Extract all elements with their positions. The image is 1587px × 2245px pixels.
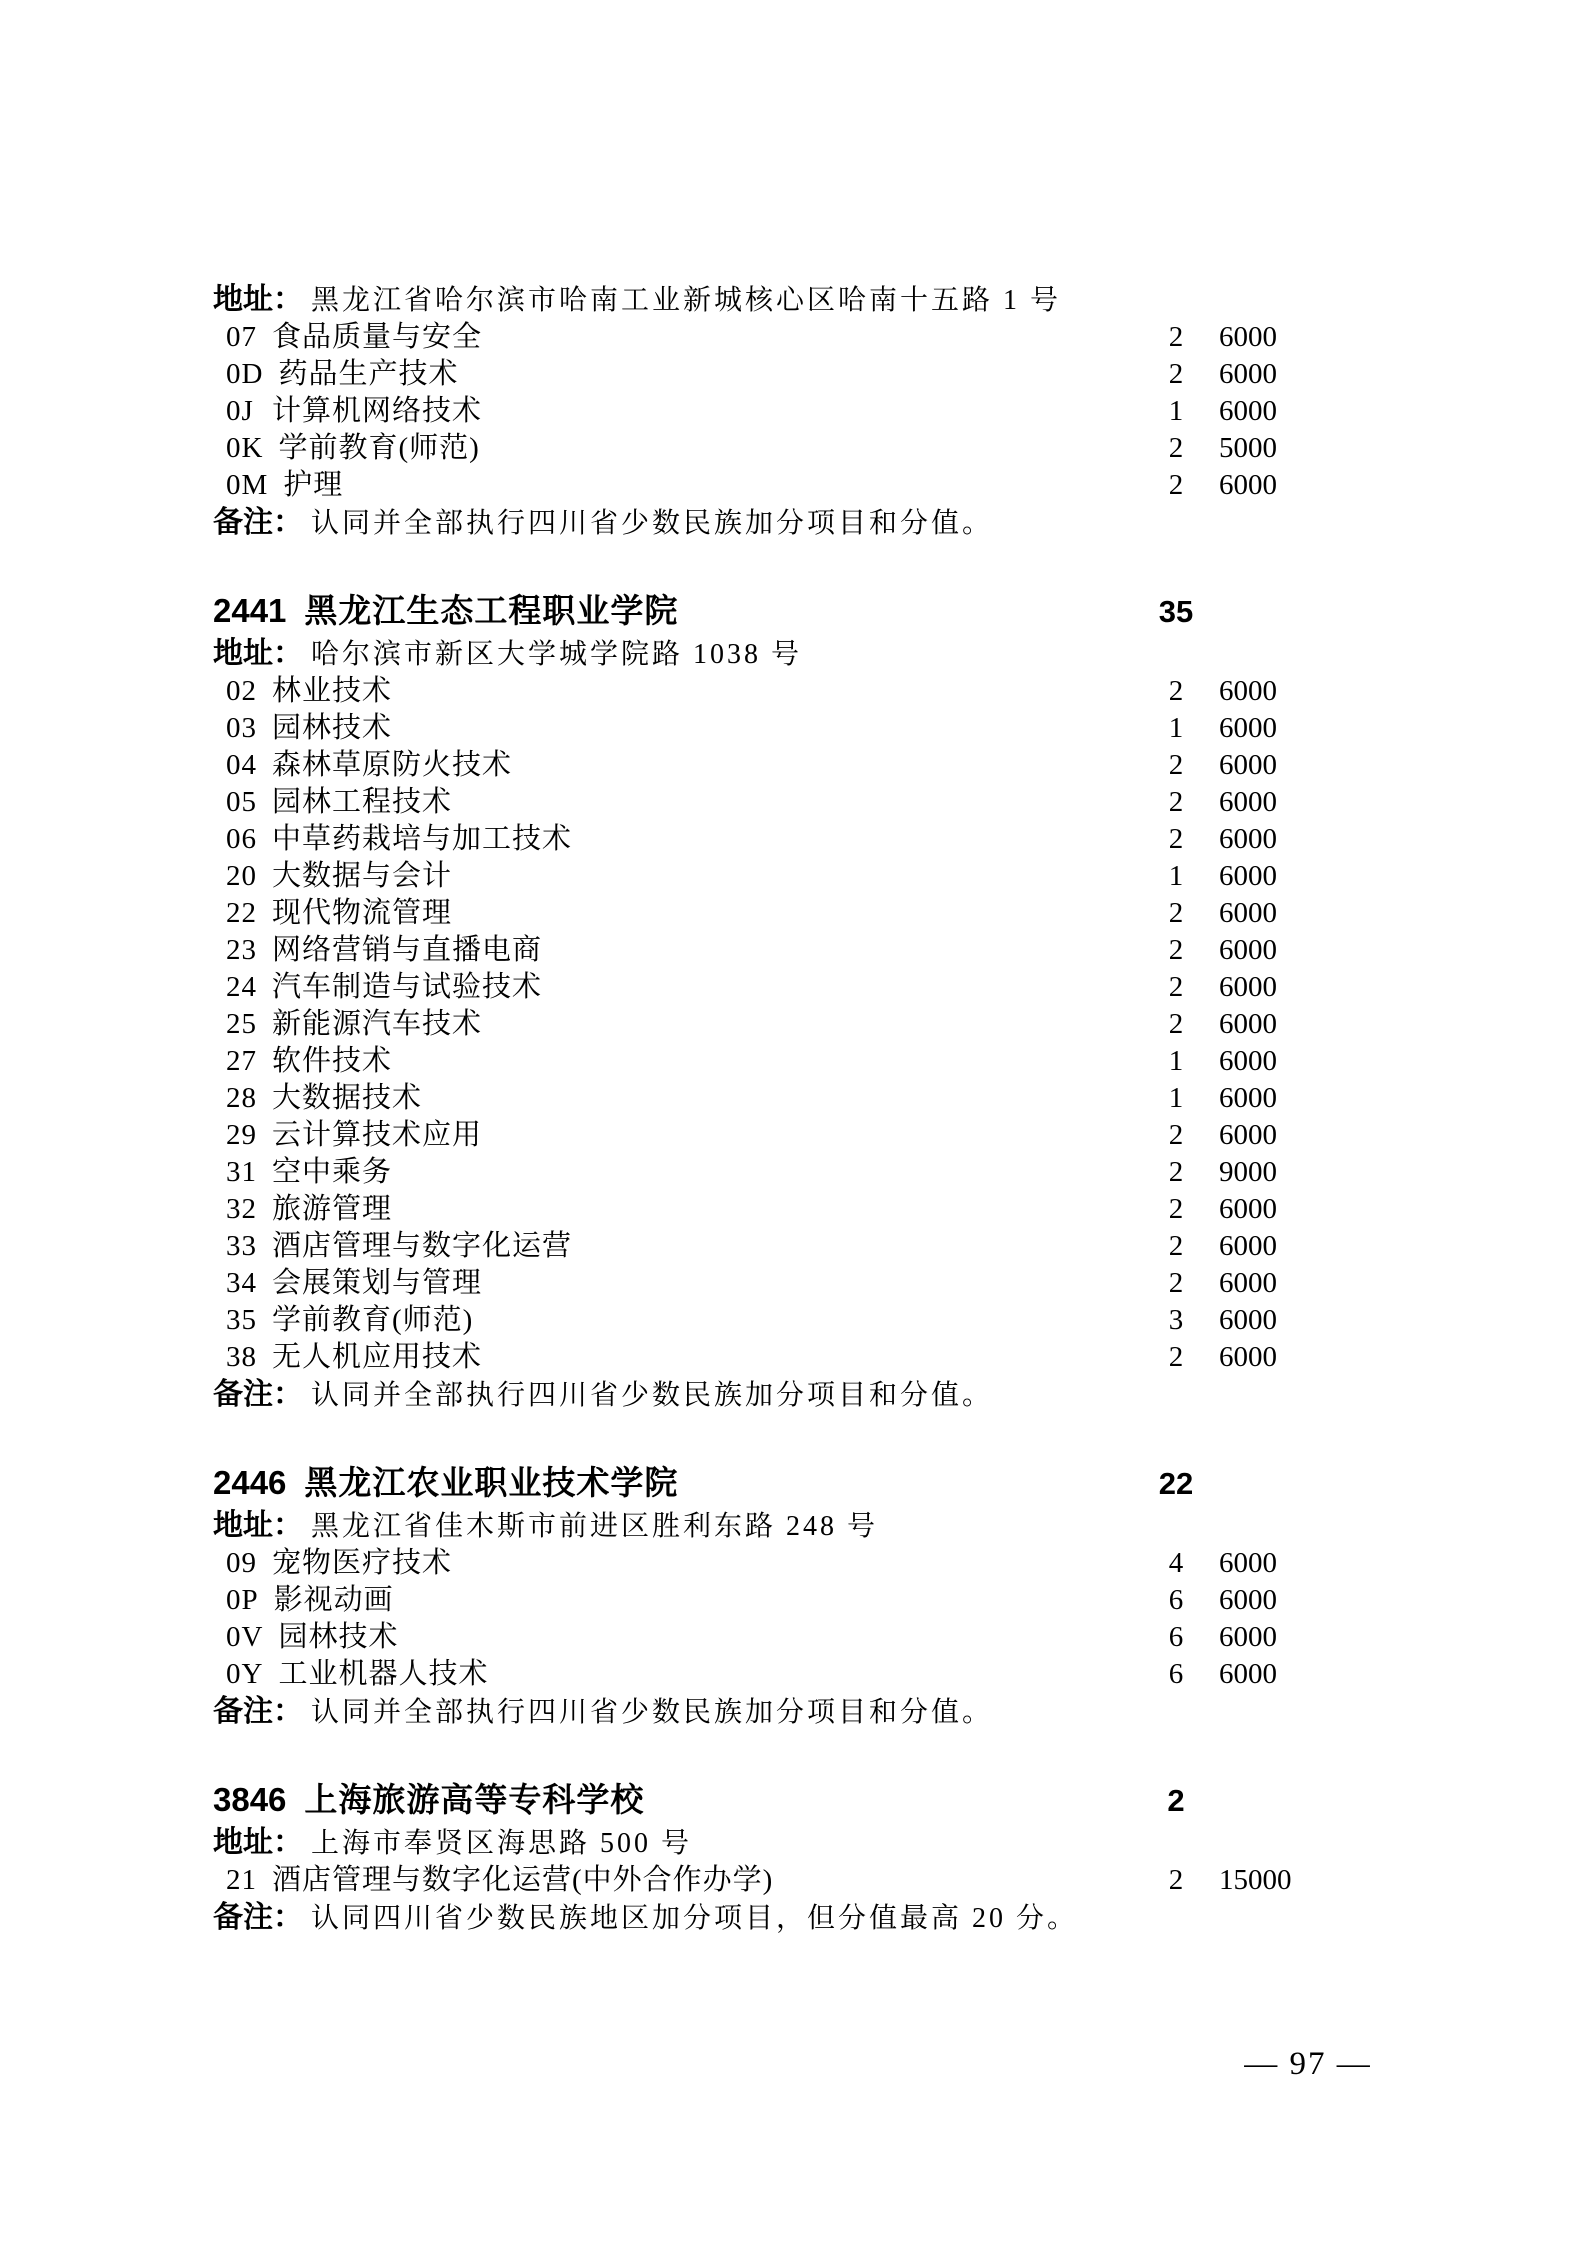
major-name: 0K学前教育(师范) <box>226 430 1151 467</box>
major-row: 32旅游管理 2 6000 <box>213 1191 1305 1228</box>
major-fee: 6000 <box>1219 1117 1305 1154</box>
major-code: 28 <box>226 1080 257 1117</box>
major-code: 0Y <box>226 1656 263 1693</box>
major-code: 25 <box>226 1006 257 1043</box>
major-fee: 15000 <box>1219 1862 1305 1899</box>
major-row: 06中草药栽培与加工技术 2 6000 <box>213 821 1305 858</box>
major-title: 林业技术 <box>272 675 392 707</box>
remark-line: 备注：认同四川省少数民族地区加分项目，但分值最高 20 分。 <box>213 1899 1305 1937</box>
major-row: 09宠物医疗技术 4 6000 <box>213 1545 1305 1582</box>
major-code: 06 <box>226 821 257 858</box>
school-code: 2441 <box>213 592 286 629</box>
address-text: 上海市奉贤区海思路 500 号 <box>311 1825 692 1862</box>
major-title: 无人机应用技术 <box>272 1341 482 1373</box>
major-name: 33酒店管理与数字化运营 <box>226 1228 1151 1265</box>
major-name: 21酒店管理与数字化运营(中外合作办学) <box>226 1862 1151 1899</box>
major-name: 03园林技术 <box>226 710 1151 747</box>
major-name: 29云计算技术应用 <box>226 1117 1151 1154</box>
address-line: 地址：上海市奉贤区海思路 500 号 <box>213 1824 1305 1862</box>
major-fee: 6000 <box>1219 319 1305 356</box>
major-fee: 6000 <box>1219 1265 1305 1302</box>
major-code: 27 <box>226 1043 257 1080</box>
major-row: 0P影视动画 6 6000 <box>213 1582 1305 1619</box>
major-name: 0M护理 <box>226 467 1151 504</box>
major-name: 31空中乘务 <box>226 1154 1151 1191</box>
major-quota: 6 <box>1151 1656 1201 1693</box>
major-title: 食品质量与安全 <box>272 321 482 353</box>
major-title: 影视动画 <box>274 1584 394 1616</box>
major-title: 学前教育(师范) <box>278 432 479 464</box>
major-title: 森林草原防火技术 <box>272 749 512 781</box>
school-name: 上海旅游高等专科学校 <box>304 1781 644 1818</box>
majors-list: 21酒店管理与数字化运营(中外合作办学) 2 15000 <box>213 1862 1305 1899</box>
school-header: 3846上海旅游高等专科学校 2 <box>213 1777 1305 1824</box>
major-quota: 2 <box>1151 1228 1201 1265</box>
remark-label: 备注： <box>213 1693 303 1730</box>
major-code: 02 <box>226 673 257 710</box>
major-title: 空中乘务 <box>272 1156 392 1188</box>
remark-line: 备注：认同并全部执行四川省少数民族加分项目和分值。 <box>213 504 1305 542</box>
school-total-quota: 2 <box>1151 1778 1201 1824</box>
major-name: 0P影视动画 <box>226 1582 1151 1619</box>
major-row: 0J计算机网络技术 1 6000 <box>213 393 1305 430</box>
school-code: 3846 <box>213 1781 286 1818</box>
school-title: 2446黑龙江农业职业技术学院 <box>213 1460 1151 1506</box>
school-header: 2441黑龙江生态工程职业学院 35 <box>213 588 1305 635</box>
page-number: — 97 — <box>1158 2046 1458 2083</box>
major-name: 32旅游管理 <box>226 1191 1151 1228</box>
major-quota: 1 <box>1151 710 1201 747</box>
major-quota: 6 <box>1151 1619 1201 1656</box>
school-title: 2441黑龙江生态工程职业学院 <box>213 588 1151 634</box>
remark-label: 备注： <box>213 1376 303 1413</box>
major-fee: 6000 <box>1219 1545 1305 1582</box>
major-name: 38无人机应用技术 <box>226 1339 1151 1376</box>
major-row: 23网络营销与直播电商 2 6000 <box>213 932 1305 969</box>
school-name: 黑龙江生态工程职业学院 <box>304 592 678 629</box>
major-title: 大数据与会计 <box>272 860 452 892</box>
major-row: 22现代物流管理 2 6000 <box>213 895 1305 932</box>
major-quota: 2 <box>1151 356 1201 393</box>
major-code: 32 <box>226 1191 257 1228</box>
school-section: 2441黑龙江生态工程职业学院 35 地址：哈尔滨市新区大学城学院路 1038 … <box>213 588 1305 1414</box>
major-code: 0M <box>226 467 268 504</box>
major-title: 酒店管理与数字化运营(中外合作办学) <box>272 1864 773 1896</box>
major-fee: 9000 <box>1219 1154 1305 1191</box>
major-quota: 2 <box>1151 784 1201 821</box>
major-title: 汽车制造与试验技术 <box>272 971 542 1003</box>
major-fee: 6000 <box>1219 747 1305 784</box>
major-row: 05园林工程技术 2 6000 <box>213 784 1305 821</box>
major-name: 06中草药栽培与加工技术 <box>226 821 1151 858</box>
major-quota: 3 <box>1151 1302 1201 1339</box>
major-row: 07食品质量与安全 2 6000 <box>213 319 1305 356</box>
major-title: 工业机器人技术 <box>278 1658 488 1690</box>
major-row: 31空中乘务 2 9000 <box>213 1154 1305 1191</box>
major-row: 33酒店管理与数字化运营 2 6000 <box>213 1228 1305 1265</box>
major-row: 02林业技术 2 6000 <box>213 673 1305 710</box>
major-fee: 6000 <box>1219 1302 1305 1339</box>
address-label: 地址： <box>213 1824 303 1861</box>
major-fee: 6000 <box>1219 1582 1305 1619</box>
major-quota: 2 <box>1151 430 1201 467</box>
remark-label: 备注： <box>213 1899 303 1936</box>
school-section: 地址：黑龙江省哈尔滨市哈南工业新城核心区哈南十五路 1 号 07食品质量与安全 … <box>213 281 1305 542</box>
major-code: 29 <box>226 1117 257 1154</box>
major-fee: 6000 <box>1219 1339 1305 1376</box>
remark-line: 备注：认同并全部执行四川省少数民族加分项目和分值。 <box>213 1693 1305 1731</box>
major-code: 0D <box>226 356 263 393</box>
remark-text: 认同并全部执行四川省少数民族加分项目和分值。 <box>311 1694 993 1731</box>
remark-label: 备注： <box>213 504 303 541</box>
major-fee: 6000 <box>1219 356 1305 393</box>
major-quota: 2 <box>1151 969 1201 1006</box>
school-section: 2446黑龙江农业职业技术学院 22 地址：黑龙江省佳木斯市前进区胜利东路 24… <box>213 1460 1305 1731</box>
major-quota: 2 <box>1151 1191 1201 1228</box>
major-quota: 6 <box>1151 1582 1201 1619</box>
major-quota: 2 <box>1151 1862 1201 1899</box>
address-text: 哈尔滨市新区大学城学院路 1038 号 <box>311 636 802 673</box>
major-code: 05 <box>226 784 257 821</box>
major-row: 03园林技术 1 6000 <box>213 710 1305 747</box>
admissions-sections-container: 地址：黑龙江省哈尔滨市哈南工业新城核心区哈南十五路 1 号 07食品质量与安全 … <box>213 281 1305 1937</box>
major-row: 0M护理 2 6000 <box>213 467 1305 504</box>
school-name: 黑龙江农业职业技术学院 <box>304 1464 678 1501</box>
major-row: 34会展策划与管理 2 6000 <box>213 1265 1305 1302</box>
address-label: 地址： <box>213 281 303 318</box>
address-line: 地址：黑龙江省哈尔滨市哈南工业新城核心区哈南十五路 1 号 <box>213 281 1305 319</box>
major-quota: 2 <box>1151 895 1201 932</box>
major-fee: 6000 <box>1219 1228 1305 1265</box>
major-title: 学前教育(师范) <box>272 1304 473 1336</box>
major-row: 0V园林技术 6 6000 <box>213 1619 1305 1656</box>
remark-text: 认同四川省少数民族地区加分项目，但分值最高 20 分。 <box>311 1900 1078 1937</box>
major-title: 酒店管理与数字化运营 <box>272 1230 572 1262</box>
major-name: 0V园林技术 <box>226 1619 1151 1656</box>
page-number-text: — 97 — <box>1244 2046 1372 2082</box>
major-name: 0Y工业机器人技术 <box>226 1656 1151 1693</box>
major-quota: 4 <box>1151 1545 1201 1582</box>
major-name: 20大数据与会计 <box>226 858 1151 895</box>
major-title: 园林技术 <box>278 1621 398 1653</box>
major-row: 21酒店管理与数字化运营(中外合作办学) 2 15000 <box>213 1862 1305 1899</box>
major-quota: 2 <box>1151 1117 1201 1154</box>
major-code: 22 <box>226 895 257 932</box>
major-fee: 6000 <box>1219 1006 1305 1043</box>
major-fee: 6000 <box>1219 784 1305 821</box>
major-name: 0J计算机网络技术 <box>226 393 1151 430</box>
major-fee: 6000 <box>1219 1619 1305 1656</box>
major-code: 07 <box>226 319 257 356</box>
major-code: 20 <box>226 858 257 895</box>
major-fee: 6000 <box>1219 932 1305 969</box>
major-title: 现代物流管理 <box>272 897 452 929</box>
major-code: 0K <box>226 430 263 467</box>
major-quota: 1 <box>1151 393 1201 430</box>
major-code: 31 <box>226 1154 257 1191</box>
major-name: 23网络营销与直播电商 <box>226 932 1151 969</box>
major-code: 09 <box>226 1545 257 1582</box>
major-name: 05园林工程技术 <box>226 784 1151 821</box>
major-title: 护理 <box>283 469 343 501</box>
major-title: 旅游管理 <box>272 1193 392 1225</box>
major-row: 04森林草原防火技术 2 6000 <box>213 747 1305 784</box>
school-code: 2446 <box>213 1464 286 1501</box>
major-fee: 6000 <box>1219 673 1305 710</box>
major-fee: 5000 <box>1219 430 1305 467</box>
major-code: 04 <box>226 747 257 784</box>
major-fee: 6000 <box>1219 969 1305 1006</box>
major-row: 25新能源汽车技术 2 6000 <box>213 1006 1305 1043</box>
major-fee: 6000 <box>1219 858 1305 895</box>
major-fee: 6000 <box>1219 1656 1305 1693</box>
school-total-quota: 35 <box>1151 589 1201 635</box>
major-quota: 2 <box>1151 1006 1201 1043</box>
major-title: 园林技术 <box>272 712 392 744</box>
school-section: 3846上海旅游高等专科学校 2 地址：上海市奉贤区海思路 500 号 21酒店… <box>213 1777 1305 1937</box>
majors-list: 09宠物医疗技术 4 6000 0P影视动画 6 6000 0V园林技术 6 6… <box>213 1545 1305 1693</box>
address-label: 地址： <box>213 635 303 672</box>
major-quota: 2 <box>1151 1154 1201 1191</box>
major-title: 宠物医疗技术 <box>272 1547 452 1579</box>
major-code: 24 <box>226 969 257 1006</box>
major-name: 02林业技术 <box>226 673 1151 710</box>
major-title: 新能源汽车技术 <box>272 1008 482 1040</box>
major-row: 0K学前教育(师范) 2 5000 <box>213 430 1305 467</box>
school-total-quota: 22 <box>1151 1461 1201 1507</box>
major-code: 0P <box>226 1582 259 1619</box>
major-fee: 6000 <box>1219 821 1305 858</box>
major-row: 29云计算技术应用 2 6000 <box>213 1117 1305 1154</box>
major-name: 35学前教育(师范) <box>226 1302 1151 1339</box>
major-name: 24汽车制造与试验技术 <box>226 969 1151 1006</box>
major-quota: 2 <box>1151 673 1201 710</box>
major-quota: 2 <box>1151 467 1201 504</box>
major-title: 中草药栽培与加工技术 <box>272 823 572 855</box>
major-fee: 6000 <box>1219 1191 1305 1228</box>
major-quota: 2 <box>1151 932 1201 969</box>
major-quota: 2 <box>1151 1339 1201 1376</box>
major-quota: 1 <box>1151 1043 1201 1080</box>
major-title: 药品生产技术 <box>278 358 458 390</box>
major-fee: 6000 <box>1219 1043 1305 1080</box>
major-name: 0D药品生产技术 <box>226 356 1151 393</box>
major-code: 34 <box>226 1265 257 1302</box>
address-label: 地址： <box>213 1507 303 1544</box>
major-title: 网络营销与直播电商 <box>272 934 542 966</box>
major-fee: 6000 <box>1219 1080 1305 1117</box>
school-header: 2446黑龙江农业职业技术学院 22 <box>213 1460 1305 1507</box>
major-title: 软件技术 <box>272 1045 392 1077</box>
major-title: 园林工程技术 <box>272 786 452 818</box>
major-quota: 1 <box>1151 858 1201 895</box>
major-row: 38无人机应用技术 2 6000 <box>213 1339 1305 1376</box>
major-row: 35学前教育(师范) 3 6000 <box>213 1302 1305 1339</box>
major-code: 33 <box>226 1228 257 1265</box>
remark-line: 备注：认同并全部执行四川省少数民族加分项目和分值。 <box>213 1376 1305 1414</box>
majors-list: 07食品质量与安全 2 6000 0D药品生产技术 2 6000 0J计算机网络… <box>213 319 1305 504</box>
major-title: 大数据技术 <box>272 1082 422 1114</box>
major-name: 28大数据技术 <box>226 1080 1151 1117</box>
address-line: 地址：哈尔滨市新区大学城学院路 1038 号 <box>213 635 1305 673</box>
major-code: 0V <box>226 1619 263 1656</box>
major-quota: 2 <box>1151 821 1201 858</box>
remark-text: 认同并全部执行四川省少数民族加分项目和分值。 <box>311 1377 993 1414</box>
major-title: 计算机网络技术 <box>272 395 482 427</box>
major-fee: 6000 <box>1219 467 1305 504</box>
major-fee: 6000 <box>1219 895 1305 932</box>
major-name: 09宠物医疗技术 <box>226 1545 1151 1582</box>
majors-list: 02林业技术 2 6000 03园林技术 1 6000 04森林草原防火技术 2… <box>213 673 1305 1376</box>
major-title: 云计算技术应用 <box>272 1119 482 1151</box>
major-row: 27软件技术 1 6000 <box>213 1043 1305 1080</box>
major-fee: 6000 <box>1219 393 1305 430</box>
major-name: 27软件技术 <box>226 1043 1151 1080</box>
major-row: 0Y工业机器人技术 6 6000 <box>213 1656 1305 1693</box>
remark-text: 认同并全部执行四川省少数民族加分项目和分值。 <box>311 505 993 542</box>
major-name: 25新能源汽车技术 <box>226 1006 1151 1043</box>
major-name: 22现代物流管理 <box>226 895 1151 932</box>
major-name: 34会展策划与管理 <box>226 1265 1151 1302</box>
major-row: 20大数据与会计 1 6000 <box>213 858 1305 895</box>
major-row: 28大数据技术 1 6000 <box>213 1080 1305 1117</box>
major-quota: 2 <box>1151 1265 1201 1302</box>
major-quota: 1 <box>1151 1080 1201 1117</box>
major-quota: 2 <box>1151 319 1201 356</box>
major-title: 会展策划与管理 <box>272 1267 482 1299</box>
major-fee: 6000 <box>1219 710 1305 747</box>
major-code: 23 <box>226 932 257 969</box>
major-row: 24汽车制造与试验技术 2 6000 <box>213 969 1305 1006</box>
document-page: 地址：黑龙江省哈尔滨市哈南工业新城核心区哈南十五路 1 号 07食品质量与安全 … <box>0 0 1587 2245</box>
major-code: 03 <box>226 710 257 747</box>
major-row: 0D药品生产技术 2 6000 <box>213 356 1305 393</box>
major-code: 21 <box>226 1862 257 1899</box>
major-quota: 2 <box>1151 747 1201 784</box>
major-code: 35 <box>226 1302 257 1339</box>
address-line: 地址：黑龙江省佳木斯市前进区胜利东路 248 号 <box>213 1507 1305 1545</box>
major-code: 38 <box>226 1339 257 1376</box>
school-title: 3846上海旅游高等专科学校 <box>213 1777 1151 1823</box>
address-text: 黑龙江省哈尔滨市哈南工业新城核心区哈南十五路 1 号 <box>311 282 1061 319</box>
major-name: 07食品质量与安全 <box>226 319 1151 356</box>
major-name: 04森林草原防火技术 <box>226 747 1151 784</box>
address-text: 黑龙江省佳木斯市前进区胜利东路 248 号 <box>311 1508 878 1545</box>
major-code: 0J <box>226 393 257 430</box>
